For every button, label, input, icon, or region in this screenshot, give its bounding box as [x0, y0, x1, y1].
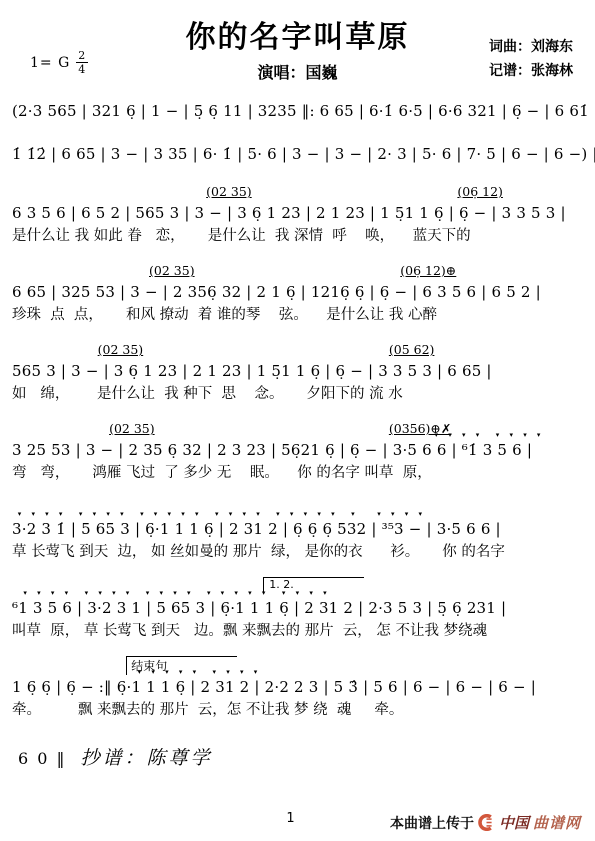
system-5: (02 35)(05 62)565 3 | 3 − | 3 6̣ 1 23 | …	[12, 340, 583, 404]
site-logo-icon	[478, 814, 495, 831]
sheet-music-page: 1= G 2 4 你的名字叫草原 演唱：国巍 词曲：刘海东 记谱：张海林 (2·…	[0, 0, 595, 841]
annotation-row: (02 35)(05 62)	[12, 340, 583, 361]
annotation-row: (02 35)(0356)⊕✗▾ ▾ ▾ ▾ ▾ ▾ ▾ ▾	[12, 419, 583, 440]
upload-attribution: 本曲谱上传于 中国 曲谱网	[390, 812, 581, 833]
lyrics-line: 珍珠 点 点， 和风 撩动 着 谁的琴 弦。 是什么让 我 心醉	[12, 306, 583, 325]
notation-line: 6 65 | 325 53 | 3 − | 2 356̣ 32 | 2 1 6̣…	[12, 282, 583, 302]
staccato-marks: ▾ ▾ ▾ ▾ ▾ ▾ ▾ ▾ ▾ ▾ ▾ ▾ ▾ ▾ ▾ ▾ ▾ ▾ ▾ ▾ …	[18, 510, 426, 518]
system-8: 1. 2.▾ ▾ ▾ ▾ ▾ ▾ ▾ ▾ ▾ ▾ ▾ ▾ ▾ ▾ ▾ ▾ ▾ ▾…	[12, 577, 583, 641]
chord-annotation: (02 35)	[149, 263, 195, 278]
notation-line: 1̇ 1̇2̇ | 6 65 | 3 − | 3 35 | 6· 1̇ | 5·…	[12, 144, 583, 164]
site-name-secondary: 曲谱网	[533, 812, 581, 833]
copyist-credit: 抄谱：陈尊学	[81, 743, 213, 770]
ending-line: 6 0 ‖ 抄谱：陈尊学	[0, 735, 595, 770]
chord-annotation: (06̣ 12)	[457, 184, 503, 199]
notation-line: 565 3 | 3 − | 3 6̣ 1 23 | 2 1 23 | 1 5̣1…	[12, 361, 583, 381]
notation-line: 1 6̣ 6̣ | 6̣ − :‖ 6̣·1 1 1 6̣ | 2 31 2 |…	[12, 677, 583, 697]
lyrics-line: 如 绵， 是什么让 我 种下 思 念。 夕阳下的 流 水	[12, 385, 583, 404]
ending-notes: 6 0 ‖	[18, 749, 67, 768]
chord-annotation: (06̣ 12)⊕	[400, 263, 456, 278]
system-9: 结束句▾ ▾ ▾ ▾ ▾ ▾ ▾ ▾ ▾1 6̣ 6̣ | 6̣ − :‖ 6̣…	[12, 656, 583, 720]
staccato-marks: ▾ ▾ ▾ ▾ ▾ ▾ ▾ ▾	[435, 431, 545, 439]
system-4: (02 35)(06̣ 12)⊕6 65 | 325 53 | 3 − | 2 …	[12, 261, 583, 325]
notation-line: 3 25 53 | 3 − | 2 35 6̣ 32 | 2 3 23 | 56…	[12, 440, 583, 460]
credit-notation: 记谱：张海林	[489, 60, 573, 84]
notation-line: 3·2 3 1̇ | 5 65 3 | 6̣·1 1 1 6̣ | 2 31 2…	[12, 519, 583, 539]
system-7: ▾ ▾ ▾ ▾ ▾ ▾ ▾ ▾ ▾ ▾ ▾ ▾ ▾ ▾ ▾ ▾ ▾ ▾ ▾ ▾ …	[12, 498, 583, 562]
lyrics-line: 是什么让 我 如此 眷 恋， 是什么让 我 深情 呼 唤， 蓝天下的	[12, 227, 583, 246]
chord-annotation: (02 35)	[206, 184, 252, 199]
credit-words-music: 词曲：刘海东	[489, 36, 573, 60]
notation-line: ⁶1 3 5 6 | 3·2 3 1 | 5 65 3 | 6̣·1 1 1 6…	[12, 598, 583, 618]
lyrics-line: 叫草 原， 草 长莺飞 到天 边。飘 来飘去的 那片 云， 怎 不让我 梦绕魂	[12, 622, 583, 641]
music-systems: (2·3 565 | 321 6̣ | 1 − | 5̣ 6̣ 11 | 323…	[0, 92, 595, 720]
sheet-header: 1= G 2 4 你的名字叫草原 演唱：国巍 词曲：刘海东 记谱：张海林	[0, 0, 595, 92]
notation-line: 6 3 5 6 | 6 5 2 | 565 3 | 3 − | 3 6̣ 1 2…	[12, 203, 583, 223]
page-footer: 1 本曲谱上传于 中国 曲谱网	[0, 811, 581, 833]
system-1: (2·3 565 | 321 6̣ | 1 − | 5̣ 6̣ 11 | 323…	[12, 96, 583, 121]
annotation-row: (02 35)(06̣ 12)	[12, 182, 583, 203]
annotation-row: 1. 2.▾ ▾ ▾ ▾ ▾ ▾ ▾ ▾ ▾ ▾ ▾ ▾ ▾ ▾ ▾ ▾ ▾ ▾…	[12, 577, 583, 598]
notation-line: (2·3 565 | 321 6̣ | 1 − | 5̣ 6̣ 11 | 323…	[12, 101, 583, 121]
lyrics-line: 草 长莺飞 到天 边， 如 丝如曼的 那片 绿， 是你的衣 衫。 你 的名字	[12, 543, 583, 562]
annotation-row: 结束句▾ ▾ ▾ ▾ ▾ ▾ ▾ ▾ ▾	[12, 656, 583, 677]
lyrics-line: 牵。 飘 来飘去的 那片 云，怎 不让我 梦 绕 魂 牵。	[12, 701, 583, 720]
system-2: 1̇ 1̇2̇ | 6 65 | 3 − | 3 35 | 6· 1̇ | 5·…	[12, 139, 583, 164]
chord-annotation: (05 62)	[389, 342, 435, 357]
chord-annotation: (02 35)	[109, 421, 155, 436]
annotation-row	[12, 139, 583, 144]
staccato-marks: ▾ ▾ ▾ ▾ ▾ ▾ ▾ ▾ ▾ ▾ ▾ ▾ ▾ ▾ ▾ ▾ ▾ ▾ ▾ ▾ …	[23, 589, 330, 597]
lyrics-line: 弯 弯， 鸿雁 飞过 了 多少 无 眠。 你 的名字 叫草 原，	[12, 464, 583, 483]
credits-block: 词曲：刘海东 记谱：张海林	[489, 36, 573, 84]
staccato-marks: ▾ ▾ ▾ ▾ ▾ ▾ ▾ ▾ ▾	[138, 668, 262, 676]
system-3: (02 35)(06̣ 12)6 3 5 6 | 6 5 2 | 565 3 |…	[12, 182, 583, 246]
system-6: (02 35)(0356)⊕✗▾ ▾ ▾ ▾ ▾ ▾ ▾ ▾3 25 53 | …	[12, 419, 583, 483]
site-name-primary: 中国	[499, 812, 529, 833]
annotation-row	[12, 96, 583, 101]
annotation-row: (02 35)(06̣ 12)⊕	[12, 261, 583, 282]
annotation-row: ▾ ▾ ▾ ▾ ▾ ▾ ▾ ▾ ▾ ▾ ▾ ▾ ▾ ▾ ▾ ▾ ▾ ▾ ▾ ▾ …	[12, 498, 583, 519]
chord-annotation: (02 35)	[98, 342, 144, 357]
upload-text: 本曲谱上传于	[390, 813, 474, 833]
